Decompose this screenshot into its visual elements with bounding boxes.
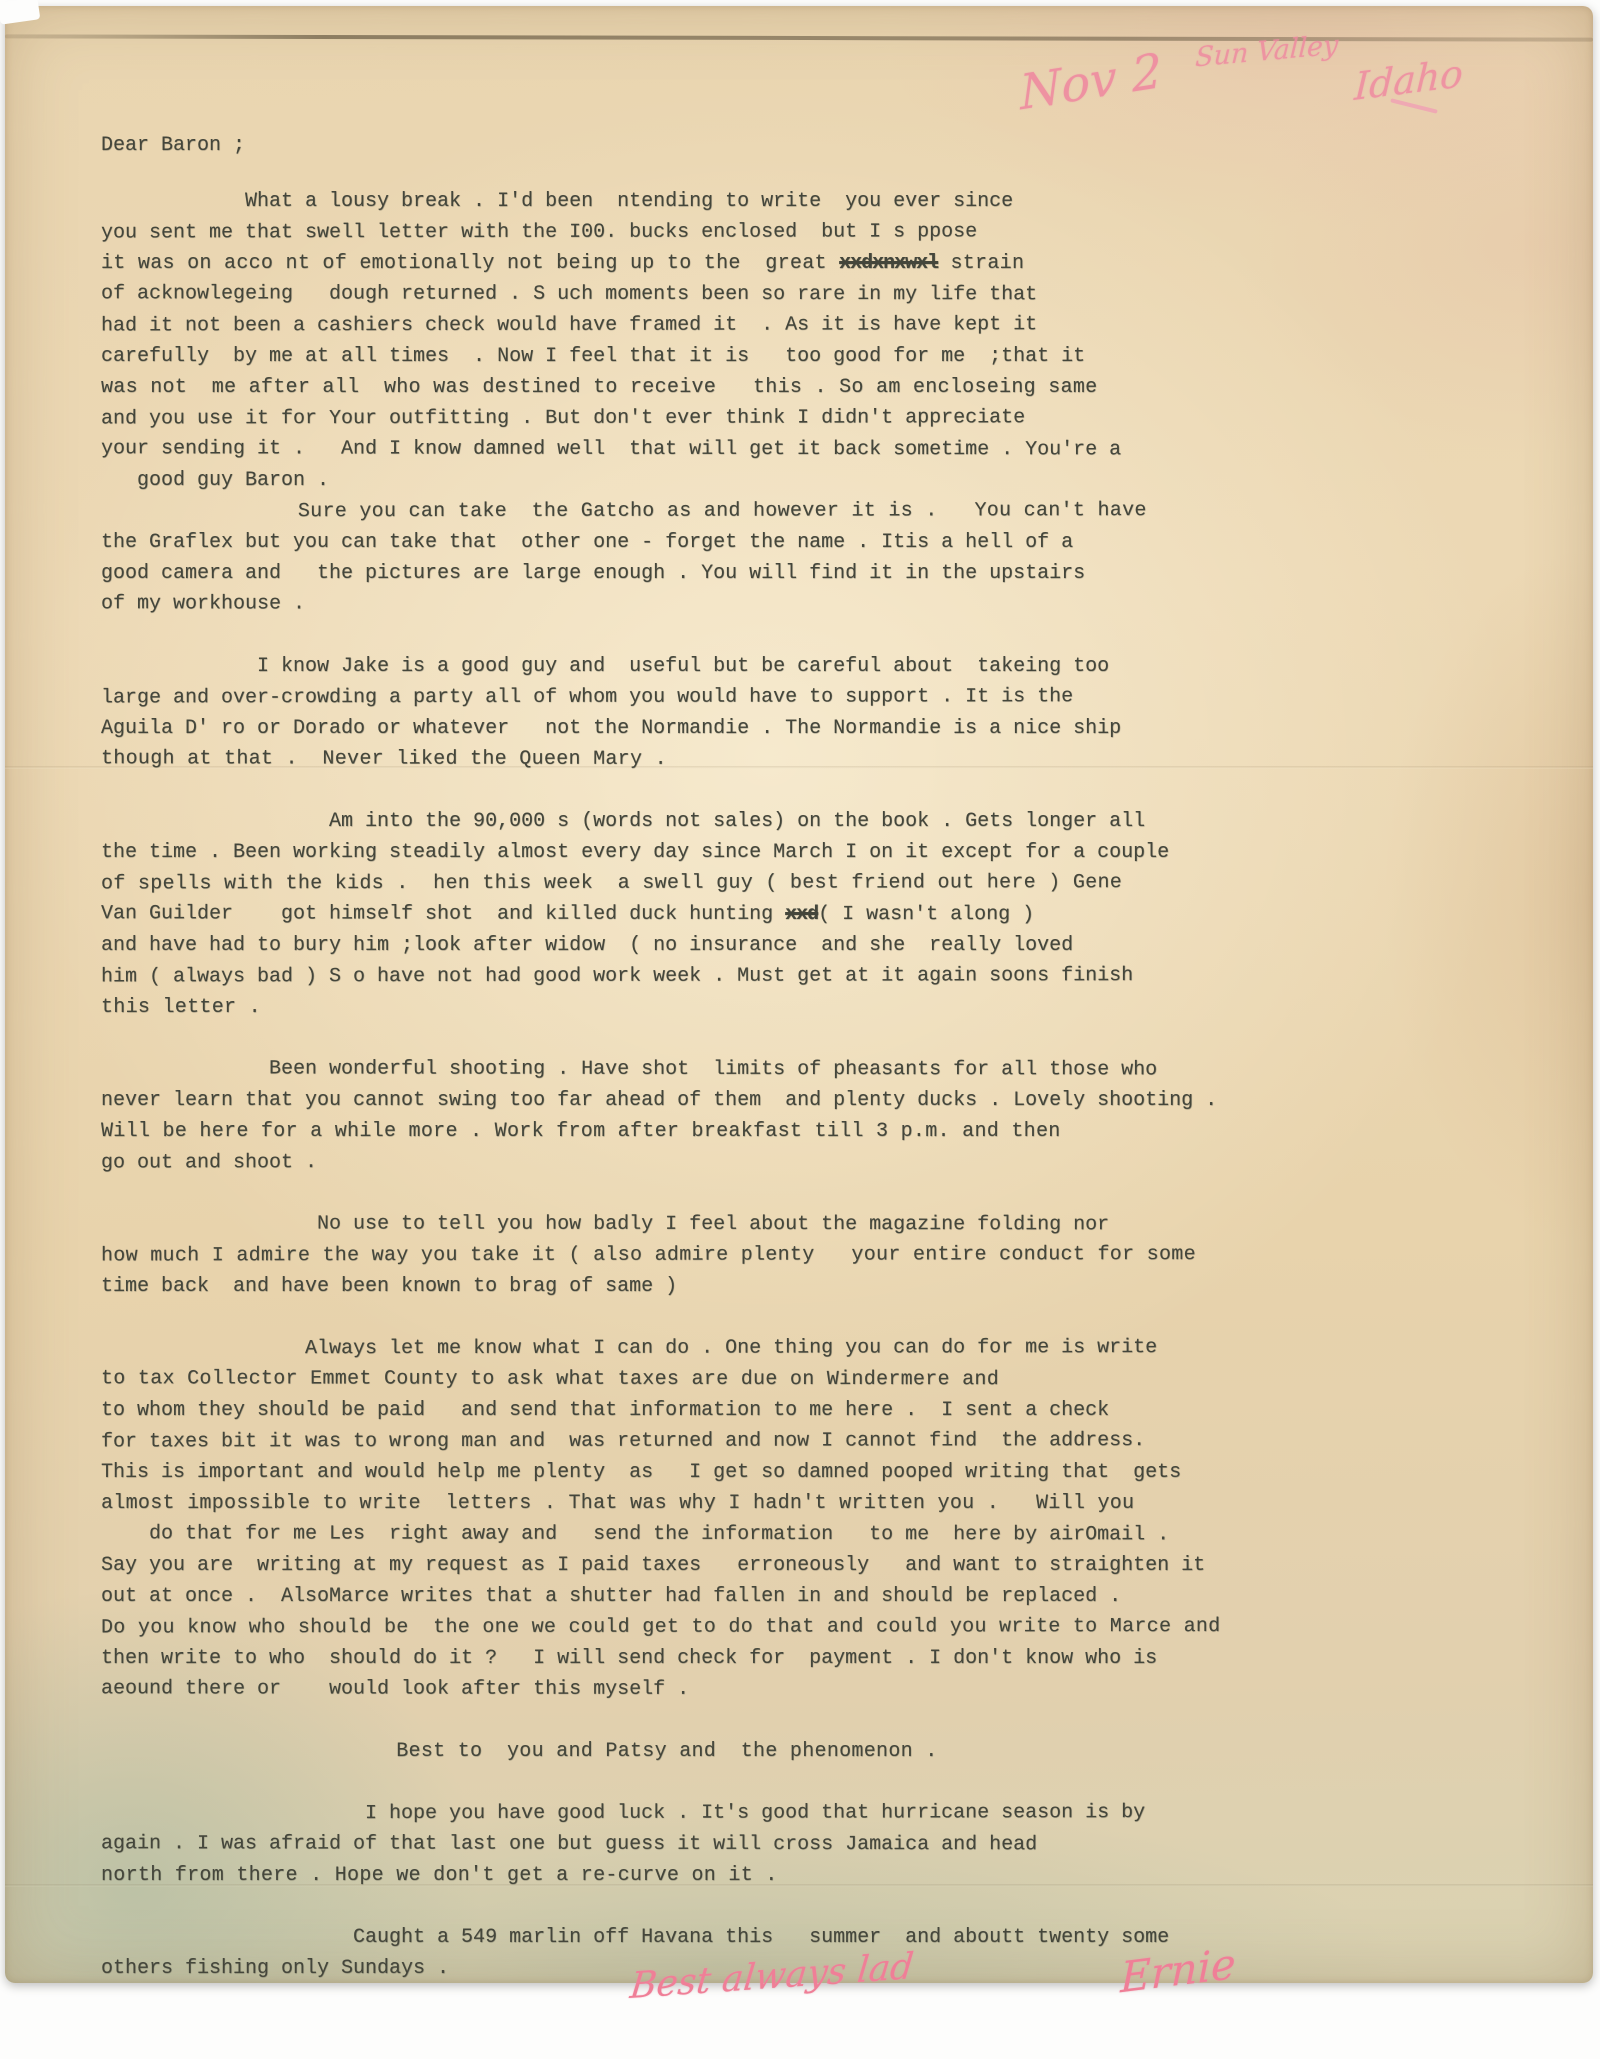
letter-line: Aguila D' ro or Dorado or whatever not t… — [101, 713, 1563, 744]
letter-line: though at that . Never liked the Queen M… — [101, 743, 1563, 776]
letter-line: I hope you have good luck . It's good th… — [101, 1797, 1563, 1830]
letter-line: and you use it for Your outfitting . But… — [101, 402, 1563, 435]
salutation: Dear Baron ; — [101, 134, 245, 157]
letter-line: you sent me that swell letter with the I… — [101, 216, 1563, 249]
letter-body: What a lousy break . I'd been ntending t… — [101, 186, 1563, 1984]
letter-line: this letter . — [101, 992, 1563, 1023]
letter-line: Sure you can take the Gatcho as and howe… — [101, 495, 1563, 528]
letter-line — [101, 1890, 1563, 1923]
letter-line: This is important and would help me plen… — [101, 1457, 1563, 1488]
letter-line — [101, 1178, 1563, 1209]
letter-line — [101, 620, 1563, 651]
letter-line: Caught a 549 marlin off Havana this summ… — [101, 1922, 1563, 1953]
letter-line: I know Jake is a good guy and useful but… — [101, 651, 1563, 682]
letter-line: the time . Been working steadily almost … — [101, 837, 1563, 868]
letter-line: Do you know who should be the one we cou… — [101, 1611, 1563, 1644]
letter-line: how much I admire the way you take it ( … — [101, 1239, 1563, 1272]
letter-line: then write to who should do it ? I will … — [101, 1643, 1563, 1674]
letter-line: Will be here for a while more . Work fro… — [101, 1116, 1563, 1147]
handwritten-date: Nov 2 — [1019, 43, 1164, 122]
letter-line: your sending it . And I know damned well… — [101, 433, 1563, 466]
letter-line — [101, 1767, 1563, 1798]
letter-line: him ( always bad ) S o have not had good… — [101, 960, 1563, 993]
letter-line: the Graflex but you can take that other … — [101, 527, 1563, 558]
letter-line: north from there . Hope we don't get a r… — [101, 1860, 1563, 1891]
letter-line: had it not been a cashiers check would h… — [101, 309, 1563, 342]
letter-line: never learn that you cannot swing too fa… — [101, 1085, 1563, 1116]
letter-line: good guy Baron . — [101, 465, 1563, 496]
letter-line: Best to you and Patsy and the phenomenon… — [101, 1736, 1563, 1767]
letter-line: do that for me Les right away and send t… — [101, 1518, 1563, 1551]
letter-line: to whom they should be paid and send tha… — [101, 1395, 1563, 1426]
letter-line: Say you are writing at my request as I p… — [101, 1550, 1563, 1581]
letter-paper: Sun Valley Nov 2 Idaho Dear Baron ; What… — [5, 6, 1593, 1983]
letter-line: and have had to bury him ;look after wid… — [101, 930, 1563, 961]
letter-line: Been wonderful shooting . Have shot limi… — [101, 1053, 1563, 1086]
paper-top-edge-shadow — [5, 34, 1593, 41]
struck-out-word: xxdxnxwxl — [839, 252, 938, 275]
letter-line: was not me after all who was destined to… — [101, 372, 1563, 403]
torn-corner — [0, 0, 40, 25]
letter-line — [101, 1704, 1563, 1737]
letter-line: it was on acco nt of emotionally not bei… — [101, 248, 1563, 279]
letter-line: time back and have been known to brag of… — [101, 1271, 1563, 1302]
letter-line: almost impossible to write letters . Tha… — [101, 1488, 1563, 1519]
letter-line: out at once . AlsoMarce writes that a sh… — [101, 1581, 1563, 1612]
letter-line: carefully by me at all times . Now I fee… — [101, 341, 1563, 372]
letter-line: aeound there or would look after this my… — [101, 1673, 1563, 1706]
letter-line: large and over-crowding a party all of w… — [101, 681, 1563, 714]
letter-line: go out and shoot . — [101, 1146, 1563, 1179]
letter-line: Am into the 90,000 s (words not sales) o… — [101, 806, 1563, 837]
letter-line: good camera and the pictures are large e… — [101, 558, 1563, 589]
letter-line — [101, 774, 1563, 807]
letter-line: of acknowlegeing dough returned . S uch … — [101, 278, 1563, 311]
letter-line: to tax Collector Emmet County to ask wha… — [101, 1363, 1563, 1396]
letter-line: again . I was afraid of that last one bu… — [101, 1828, 1563, 1861]
struck-out-word: xxd — [785, 903, 818, 926]
letter-line: Van Guilder got himself shot and killed … — [101, 898, 1563, 931]
letter-line: of my workhouse . — [101, 588, 1563, 621]
letter-line: No use to tell you how badly I feel abou… — [101, 1208, 1563, 1241]
letter-line: of spells with the kids . hen this week … — [101, 867, 1563, 900]
letter-line: Always let me know what I can do . One t… — [101, 1332, 1563, 1365]
letter-line — [101, 1023, 1563, 1054]
letter-line: What a lousy break . I'd been ntending t… — [101, 186, 1563, 217]
letter-line — [101, 1302, 1563, 1333]
handwritten-place-scribble: Idaho — [1353, 51, 1464, 109]
letter-line: for taxes bit it was to wrong man and wa… — [101, 1425, 1563, 1458]
